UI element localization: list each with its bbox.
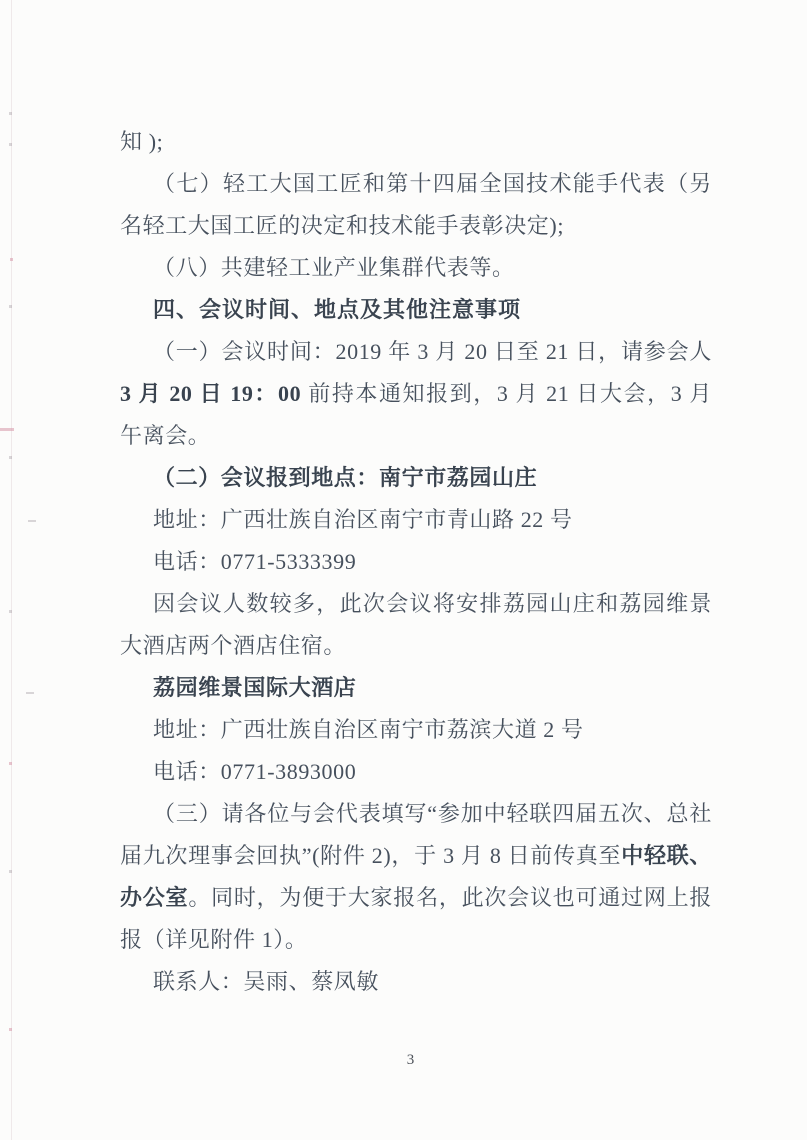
text: 名轻工大国工匠的决定和技术能手表彰决定); — [120, 213, 564, 238]
registration-line: 届九次理事会回执”(附件 2)，于 3 月 8 日前传真至中轻联、总社 — [120, 835, 712, 877]
text: 知 ); — [120, 129, 163, 154]
scan-dust-artifact — [9, 610, 12, 613]
bold-text: 四、会议时间、地点及其他注意事项 — [153, 297, 521, 322]
text: （三）请各位与会代表填写“参加中轻联四届五次、总社七 — [153, 801, 712, 835]
text: 地址：广西壮族自治区南宁市青山路 22 号 — [153, 507, 573, 532]
page-number: 3 — [0, 1052, 807, 1069]
scan-edge-artifact — [11, 0, 12, 1140]
scan-dust-artifact — [9, 305, 12, 308]
text: 大酒店两个酒店住宿。 — [120, 633, 346, 658]
scan-dust-artifact — [9, 762, 12, 765]
section-heading: 四、会议时间、地点及其他注意事项 — [120, 289, 712, 331]
meeting-time-line: 3 月 20 日 19：00 前持本通知报到，3 月 21 日大会，3 月 22… — [120, 373, 712, 415]
hotel-phone-line: 电话：0771-5333399 — [120, 541, 712, 583]
text: 地址：广西壮族自治区南宁市荔滨大道 2 号 — [153, 717, 584, 742]
hotel-address-line: 地址：广西壮族自治区南宁市荔滨大道 2 号 — [120, 709, 712, 751]
text: （一）会议时间：2019 年 3 月 20 日至 21 日，请参会人员 — [153, 339, 712, 373]
list-item-7: （七）轻工大国工匠和第十四届全国技术能手代表（另见命 — [120, 163, 712, 205]
text: 电话：0771-3893000 — [153, 759, 356, 784]
bold-text: 3 月 20 日 19：00 — [120, 381, 301, 406]
text: 因会议人数较多，此次会议将安排荔园山庄和荔园维景国际 — [153, 591, 712, 625]
text: 午离会。 — [120, 423, 210, 448]
hotel-note-line: 因会议人数较多，此次会议将安排荔园山庄和荔园维景国际 — [120, 583, 712, 625]
paragraph-continuation: 知 ); — [120, 121, 712, 163]
scan-dust-artifact — [9, 870, 12, 873]
bold-text: 办公室 — [120, 885, 188, 910]
document-body: 知 );（七）轻工大国工匠和第十四届全国技术能手代表（另见命名轻工大国工匠的决定… — [120, 121, 712, 1003]
scan-dust-artifact — [0, 428, 14, 431]
hotel-name-line: 荔园维景国际大酒店 — [120, 667, 712, 709]
bold-text: 荔园维景国际大酒店 — [153, 675, 356, 700]
hotel-address-line: 地址：广西壮族自治区南宁市青山路 22 号 — [120, 499, 712, 541]
scan-dust-artifact — [9, 112, 12, 115]
scan-dust-artifact — [9, 143, 12, 146]
paragraph-continuation: 大酒店两个酒店住宿。 — [120, 625, 712, 667]
text: 电话：0771-5333399 — [153, 549, 356, 574]
contact-person-line: 联系人：吴雨、蔡凤敏 — [120, 961, 712, 1003]
text: 届九次理事会回执”(附件 2)，于 3 月 8 日前传真至 — [120, 843, 621, 868]
scan-dust-artifact — [10, 258, 13, 261]
scan-dust-artifact — [28, 520, 36, 522]
scan-dust-artifact — [26, 692, 34, 694]
meeting-time-line: （一）会议时间：2019 年 3 月 20 日至 21 日，请参会人员 — [120, 331, 712, 373]
registration-line: 办公室。同时，为便于大家报名，此次会议也可通过网上报名系统填 — [120, 877, 712, 919]
scan-dust-artifact — [9, 456, 12, 459]
scan-dust-artifact — [9, 1028, 12, 1031]
text: 联系人：吴雨、蔡凤敏 — [153, 969, 379, 994]
text: 报（详见附件 1）。 — [120, 927, 308, 952]
document-page: 知 );（七）轻工大国工匠和第十四届全国技术能手代表（另见命名轻工大国工匠的决定… — [0, 0, 807, 1140]
checkin-location-line: （二）会议报到地点：南宁市荔园山庄 — [120, 457, 712, 499]
list-item-8: （八）共建轻工业产业集群代表等。 — [120, 247, 712, 289]
text: （七）轻工大国工匠和第十四届全国技术能手代表（另见命 — [153, 171, 712, 205]
paragraph-continuation: 报（详见附件 1）。 — [120, 919, 712, 961]
text: （八）共建轻工业产业集群代表等。 — [153, 255, 515, 280]
paragraph-continuation: 午离会。 — [120, 415, 712, 457]
hotel-phone-line: 电话：0771-3893000 — [120, 751, 712, 793]
registration-line: （三）请各位与会代表填写“参加中轻联四届五次、总社七 — [120, 793, 712, 835]
paragraph-continuation: 名轻工大国工匠的决定和技术能手表彰决定); — [120, 205, 712, 247]
text: 。同时，为便于大家报名，此次会议也可通过网上报名系统填 — [120, 885, 712, 919]
bold-text: （二）会议报到地点：南宁市荔园山庄 — [153, 465, 537, 490]
